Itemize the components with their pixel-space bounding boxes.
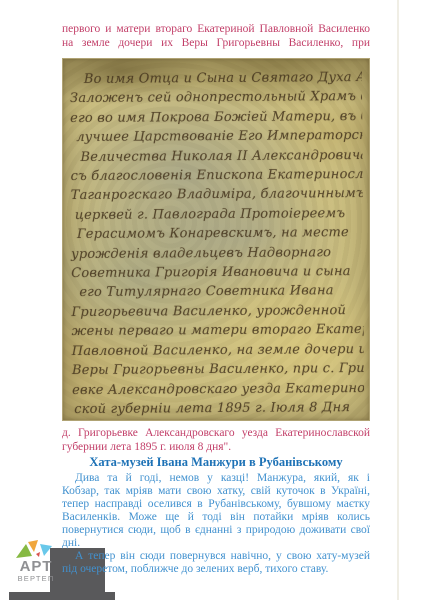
body-paragraph-2: А тепер він сюди повернувся навічно, у с… (62, 550, 370, 576)
body-line: Дива та й годі, немов у казці! Манжура, … (62, 472, 370, 485)
art-vertep-logo: АРТ ВЕРТЕП (14, 540, 58, 583)
manuscript-line: евке Александровскаго уезда Екатериносла… (70, 378, 364, 399)
manuscript-line: Величества Николая II Александровича (68, 146, 362, 167)
body-paragraph-1: Дива та й годі, немов у казці! Манжура, … (62, 472, 370, 550)
page-scan-edge (397, 0, 399, 600)
manuscript-line: его Титулярнаго Советника Ивана (69, 281, 363, 302)
manuscript-line: Герасимомъ Конаревскимъ, на месте (69, 223, 363, 244)
photo-caption: д. Григорьевке Александровскаго уезда Ек… (62, 426, 370, 454)
intro-paragraph: первого и матери втораго Екатериной Павл… (62, 22, 370, 50)
intro-line: на земле дочери их Веры Григорьевны Васи… (62, 36, 370, 50)
section-heading: Хата-музей Івана Манжури в Рубанівському (62, 455, 370, 470)
caption-line: губернии лета 1895 г. июля 8 дня". (62, 440, 370, 454)
body-line: тепер насправді оселився в Рубанівському… (62, 498, 370, 511)
manuscript-line: Павловной Василенко, на земле дочери ихъ (70, 340, 364, 361)
manuscript-handwriting: Во имя Отца и Сына и Святаго Духа Аминь … (62, 58, 370, 419)
body-line: під очеретом, поближче до зелених верб, … (62, 563, 370, 576)
body-line: дні. (62, 537, 370, 550)
manuscript-line: Веры Григорьевны Василенко, при с. Григо… (70, 359, 364, 380)
manuscript-line: лучшее Царствованіе Его Императорскаго (68, 126, 362, 147)
manuscript-photo: Во имя Отца и Сына и Святаго Духа Аминь … (62, 58, 370, 421)
book-page: первого и матери втораго Екатериной Павл… (0, 0, 423, 600)
manuscript-line: его во имя Покрова Божіей Матери, въ бла… (68, 107, 362, 128)
manuscript-line: Советника Григорія Ивановича и сына (69, 262, 363, 283)
body-line: Кобзар, так мріяв мати свою хатку, свій … (62, 485, 370, 498)
manuscript-line: Во имя Отца и Сына и Святаго Духа Аминь (68, 68, 362, 89)
manuscript-line: жены перваго и матери втораго Екатериной (70, 320, 364, 341)
manuscript-line: Григорьевича Василенко, урожденной (69, 301, 363, 322)
manuscript-line: урожденія владельцевъ Надворнаго (69, 243, 363, 264)
manuscript-line: Таганрогскаго Владиміра, благочиннымъ (69, 184, 363, 205)
logo-subtitle: ВЕРТЕП (14, 574, 58, 583)
caption-line: д. Григорьевке Александровскаго уезда Ек… (62, 426, 370, 440)
manuscript-line: Заложенъ сей однопрестольный Храмъ въ по… (68, 87, 362, 108)
body-line: А тепер він сюди повернувся навічно, у с… (62, 550, 370, 563)
watermark-block (9, 592, 115, 600)
logo-shards-icon (16, 540, 56, 560)
manuscript-line: церквей г. Павлограда Протоіереемъ (69, 204, 363, 225)
logo-title: АРТ (14, 560, 58, 574)
body-line: повернутися сюди, щоб в єднанні з природ… (62, 524, 370, 537)
manuscript-line: съ благословенія Епископа Екатеринославс… (68, 165, 362, 186)
body-line: Василенків. Може ще й тоді він потайки м… (62, 511, 370, 524)
intro-line: первого и матери втораго Екатериной Павл… (62, 22, 370, 36)
manuscript-line: ской губерніи лета 1895 г. Іюля 8 Дня (70, 398, 364, 419)
